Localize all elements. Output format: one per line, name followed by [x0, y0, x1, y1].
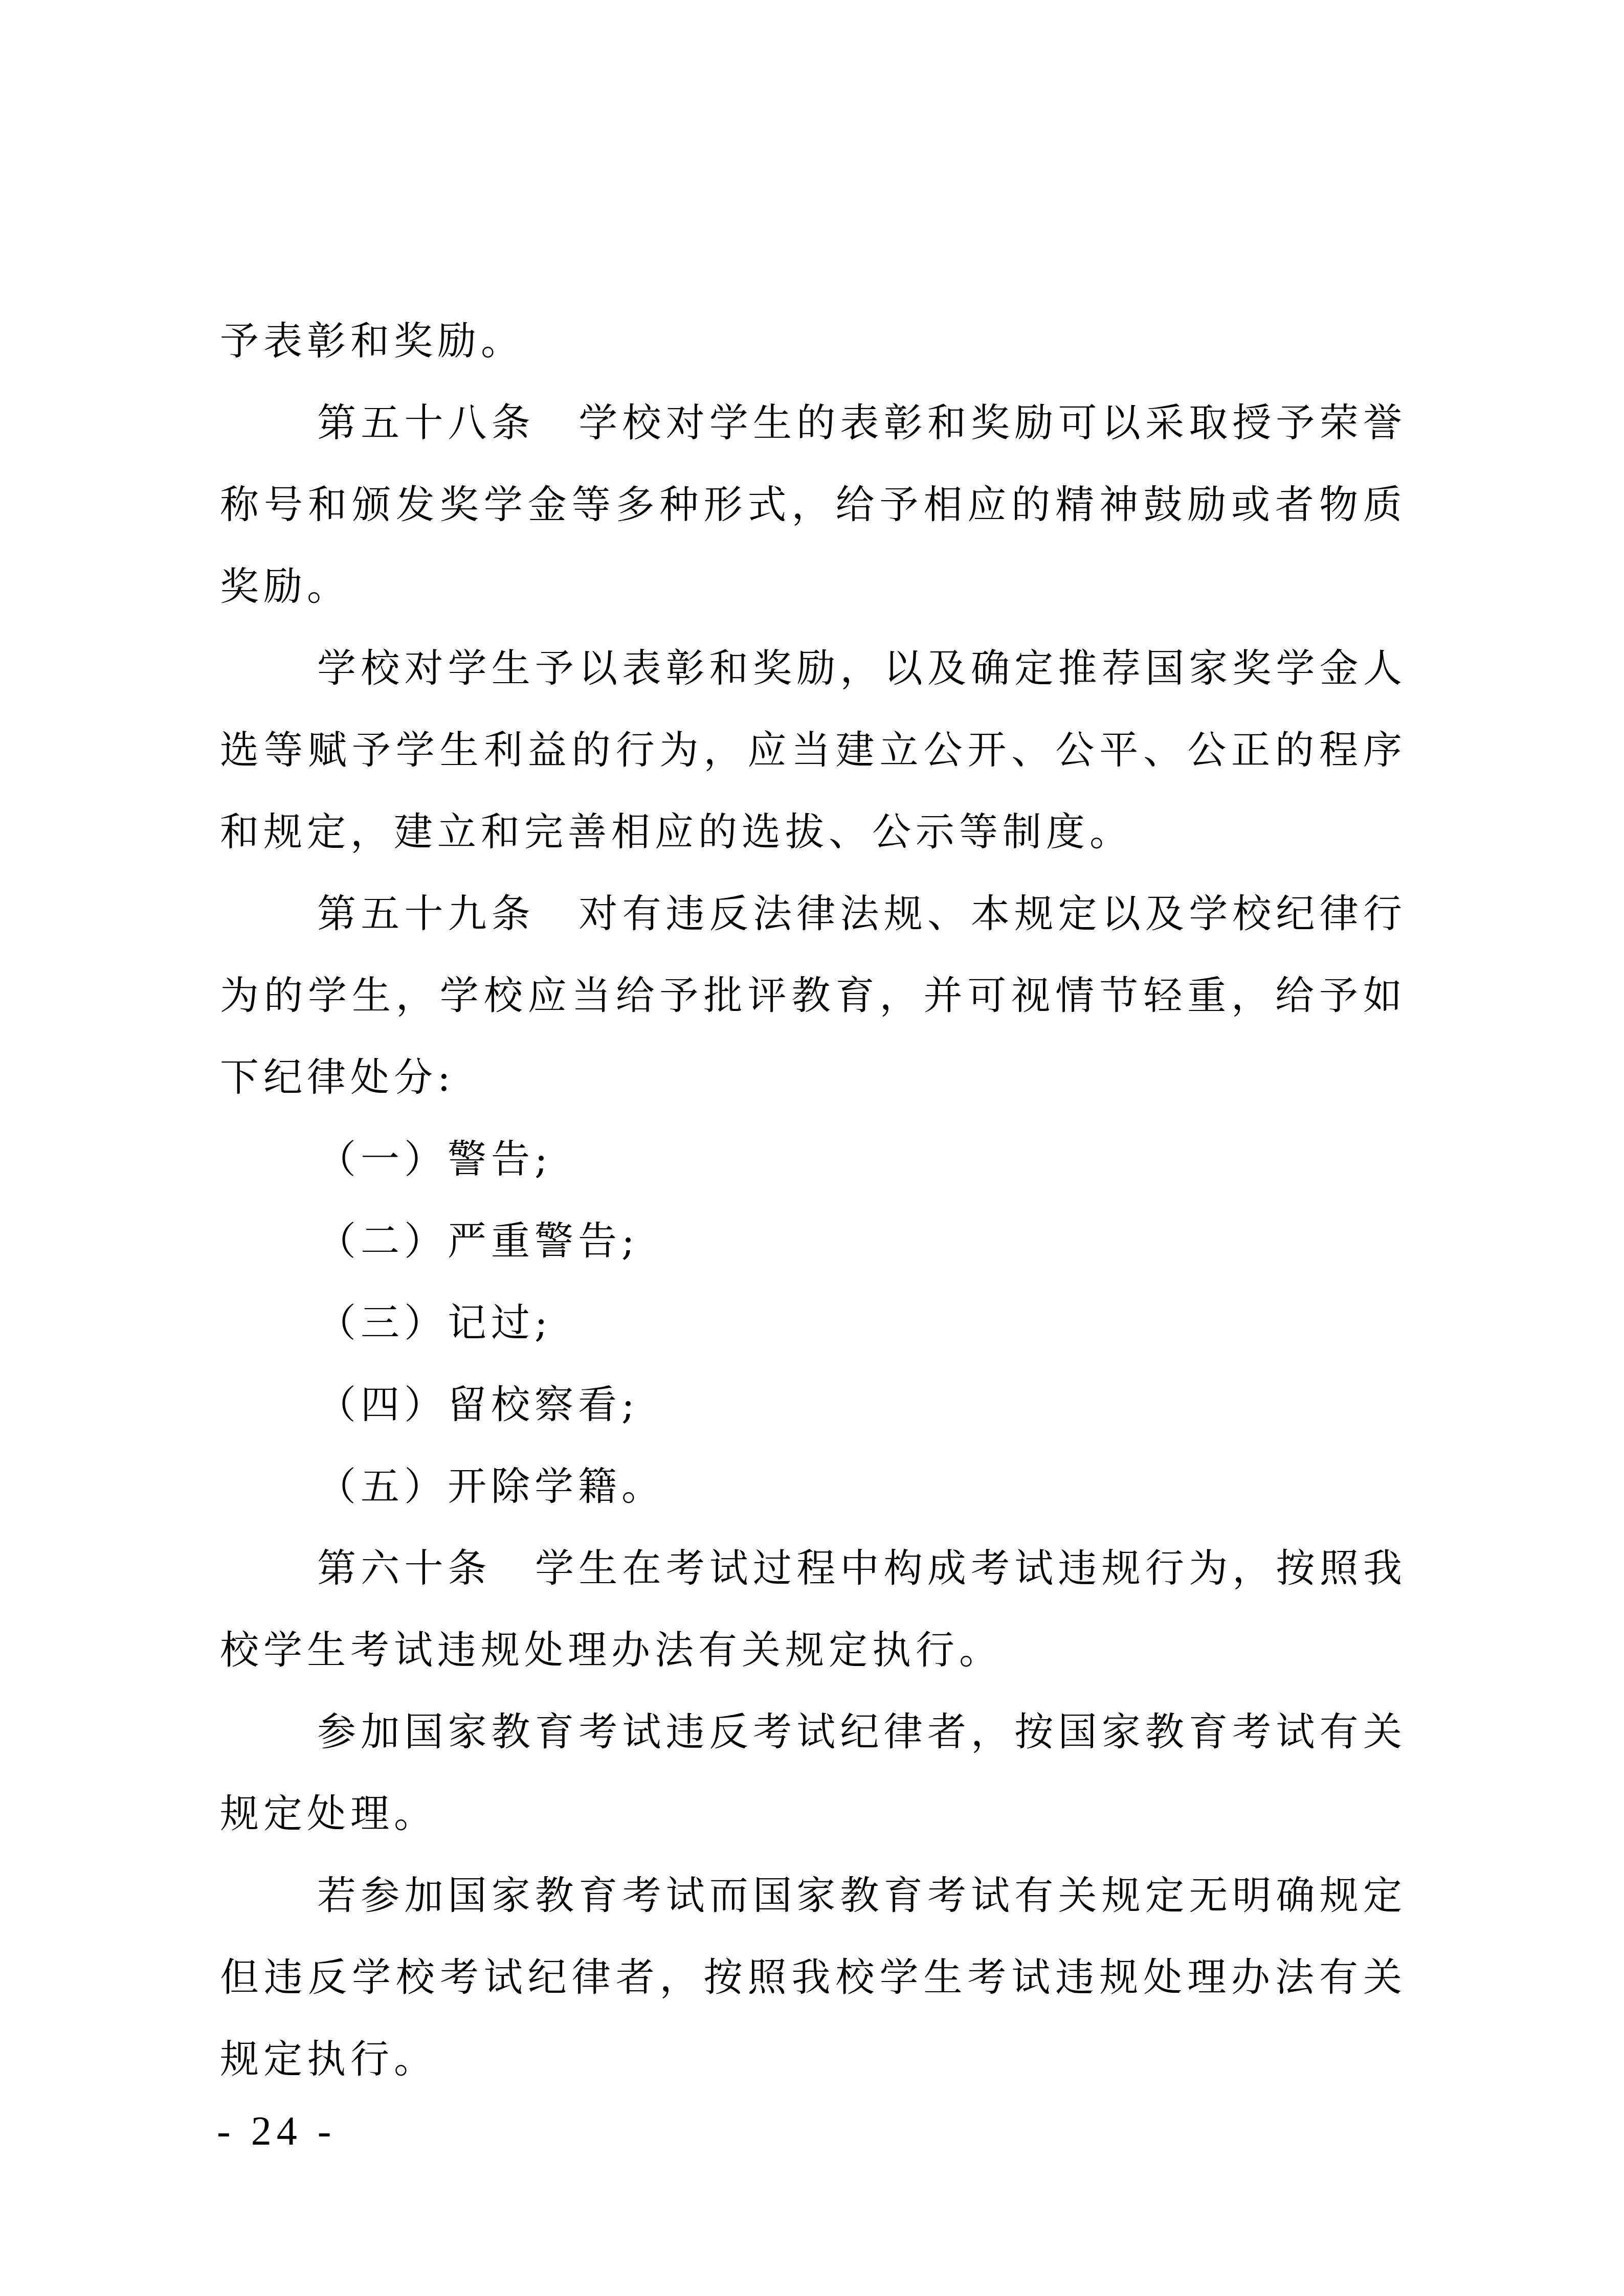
text-line: （三）记过;: [220, 1282, 1407, 1364]
document-page: 予表彰和奖励。第五十八条 学校对学生的表彰和奖励可以采取授予荣誉称号和颁发奖学金…: [0, 0, 1624, 2296]
text-line: 但违反学校考试纪律者，按照我校学生考试违规处理办法有关: [220, 1937, 1407, 2018]
page-number: - 24 -: [217, 2111, 336, 2152]
document-body: 予表彰和奖励。第五十八条 学校对学生的表彰和奖励可以采取授予荣誉称号和颁发奖学金…: [220, 300, 1407, 2100]
text-line: 奖励。: [220, 546, 1407, 627]
text-line: 第六十条 学生在考试过程中构成考试违规行为，按照我: [220, 1527, 1407, 1609]
text-line: （四）留校察看;: [220, 1364, 1407, 1446]
text-line: 称号和颁发奖学金等多种形式，给予相应的精神鼓励或者物质: [220, 464, 1407, 546]
text-line: 规定处理。: [220, 1773, 1407, 1855]
text-line: 为的学生，学校应当给予批评教育，并可视情节轻重，给予如: [220, 955, 1407, 1037]
text-line: （一）警告;: [220, 1118, 1407, 1200]
text-line: 下纪律处分:: [220, 1037, 1407, 1118]
text-line: 第五十八条 学校对学生的表彰和奖励可以采取授予荣誉: [220, 382, 1407, 464]
text-line: 和规定，建立和完善相应的选拔、公示等制度。: [220, 791, 1407, 873]
text-line: 学校对学生予以表彰和奖励，以及确定推荐国家奖学金人: [220, 627, 1407, 709]
text-line: 参加国家教育考试违反考试纪律者，按国家教育考试有关: [220, 1691, 1407, 1773]
text-line: 规定执行。: [220, 2018, 1407, 2100]
text-line: 第五十九条 对有违反法律法规、本规定以及学校纪律行: [220, 873, 1407, 955]
text-line: 选等赋予学生利益的行为，应当建立公开、公平、公正的程序: [220, 709, 1407, 791]
text-line: 予表彰和奖励。: [220, 300, 1407, 382]
text-line: 若参加国家教育考试而国家教育考试有关规定无明确规定: [220, 1855, 1407, 1937]
text-line: （二）严重警告;: [220, 1200, 1407, 1282]
text-line: 校学生考试违规处理办法有关规定执行。: [220, 1609, 1407, 1691]
text-line: （五）开除学籍。: [220, 1446, 1407, 1527]
